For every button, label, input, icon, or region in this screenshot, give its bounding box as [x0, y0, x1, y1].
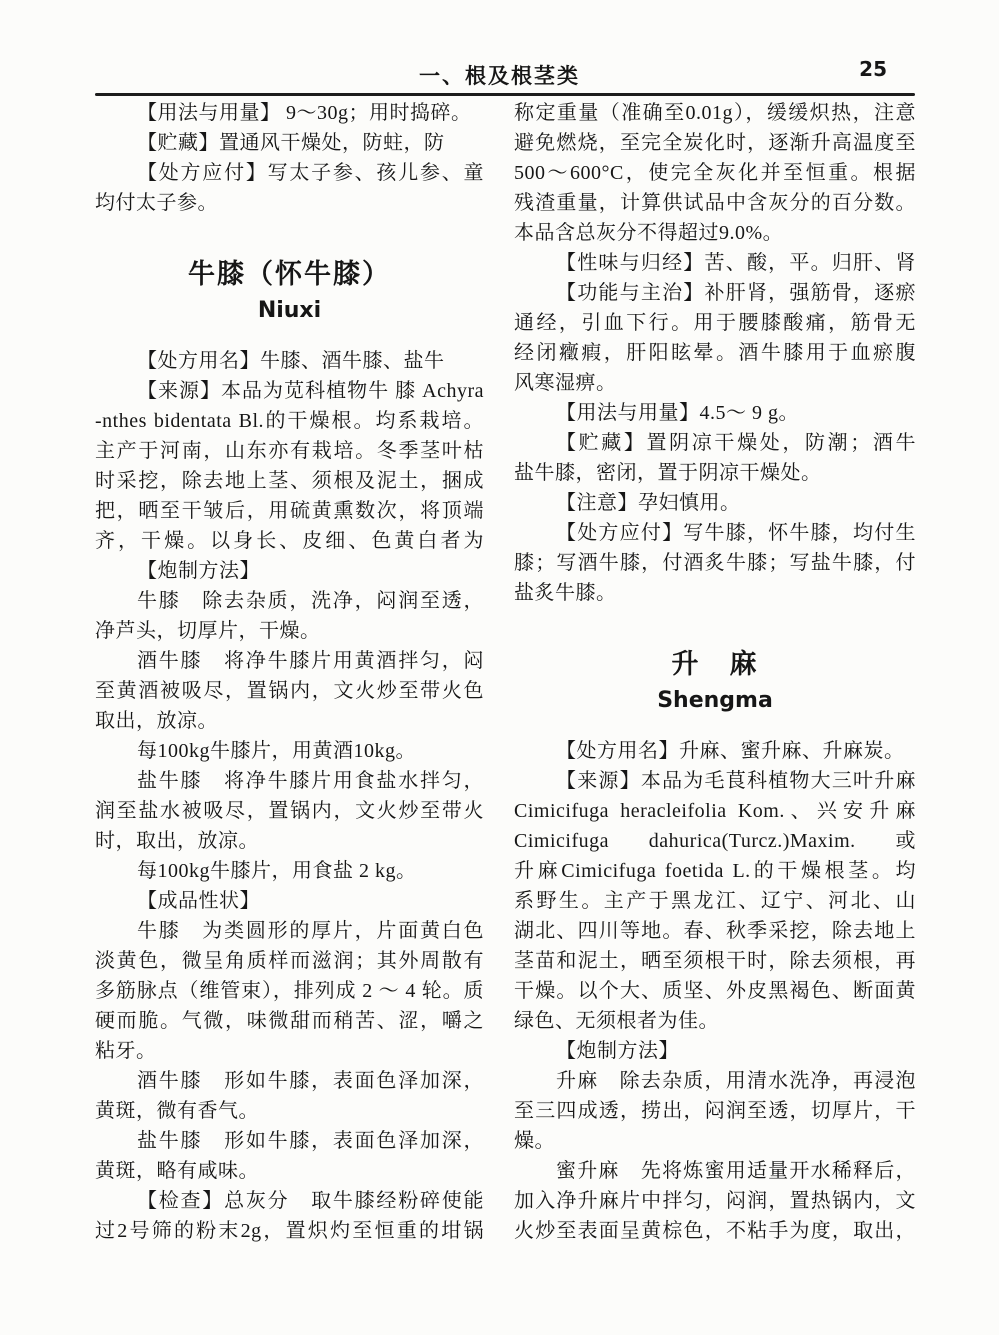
left-text-column: 【用法与用量】 9～30g；用时捣碎。【贮藏】置通风干燥处，防蛀，防霉。【处方应… [95, 98, 484, 1246]
text-line: 齐，干燥。以身长、皮细、色黄白者为佳。 [95, 526, 484, 556]
text-line: 取出，放凉。 [95, 706, 484, 736]
text-line: 【来源】本品为苋科植物牛 膝 Achyra [95, 376, 484, 406]
monograph-title-cn: 牛膝（怀牛膝） [95, 252, 484, 296]
text-line: 燥。 [514, 1126, 916, 1156]
text-line: 升麻 除去杂质，用清水洗净，再浸泡 [514, 1066, 916, 1096]
text-line: 通经，引血下行。用于腰膝酸痛，筋骨无力， [514, 308, 916, 338]
text-line: 把，晒至干皱后，用硫黄熏数次，将顶端切 [95, 496, 484, 526]
text-line: 酒牛膝 形如牛膝，表面色泽加深，带 [95, 1066, 484, 1096]
text-line: 盐牛膝，密闭，置于阴凉干燥处。 [514, 458, 916, 488]
text-line: 至三四成透，捞出，闷润至透，切厚片，干 [514, 1096, 916, 1126]
text-line: 牛膝 除去杂质，洗净，闷润至透，去 [95, 586, 484, 616]
text-line: 【处方应付】写太子参、孩儿参、童参， [95, 158, 484, 188]
text-line: 【处方应付】写牛膝，怀牛膝，均付生牛 [514, 518, 916, 548]
text-line: Cimicifuga dahurica(Turcz.)Maxim. 或 [514, 826, 916, 856]
text-line: 系野生。主产于黑龙江、辽宁、河北、山西、 [514, 886, 916, 916]
text-line: 干燥。以个大、质坚、外皮黑褐色、断面黄 [514, 976, 916, 1006]
text-line: 多筋脉点（维管束），排列成 2 ～ 4 轮。质 [95, 976, 484, 1006]
text-line: 【用法与用量】4.5～ 9 g。 [514, 398, 916, 428]
text-line: 时采挖，除去地上茎、须根及泥土，捆成小 [95, 466, 484, 496]
text-line: 每100kg牛膝片，用黄酒10kg。 [95, 736, 484, 766]
text-line: 时，取出，放凉。 [95, 826, 484, 856]
text-line: Cimicifuga heracleifolia Kom.、兴安升麻 [514, 796, 916, 826]
text-line: 【炮制方法】 [514, 1036, 916, 1066]
text-line: 风寒湿痹。 [514, 368, 916, 398]
text-line: 称定重量（准确至0.01g），缓缓炽热，注意 [514, 98, 916, 128]
text-line: 【贮藏】置阴凉干燥处，防潮；酒牛膝、 [514, 428, 916, 458]
text-line: -nthes bidentata Bl.的干燥根。均系栽培。 [95, 406, 484, 436]
text-line: 【注意】孕妇慎用。 [514, 488, 916, 518]
text-line: 加入净升麻片中拌匀，闷润，置热锅内，文 [514, 1186, 916, 1216]
text-line: 升麻Cimicifuga foetida L.的干燥根茎。均 [514, 856, 916, 886]
text-line: 每100kg牛膝片，用食盐 2 kg。 [95, 856, 484, 886]
text-line: 【功能与主治】补肝肾，强筋骨，逐瘀 [514, 278, 916, 308]
text-line: 【用法与用量】 9～30g；用时捣碎。 [95, 98, 484, 128]
text-line: 500～600°C，使完全灰化并至恒重。根据 [514, 158, 916, 188]
text-line: 盐炙牛膝。 [514, 578, 916, 608]
text-line: 润至盐水被吸尽，置锅内，文火炒至带火色 [95, 796, 484, 826]
text-line: 避免燃烧，至完全炭化时，逐渐升高温度至 [514, 128, 916, 158]
text-line: 经闭癥瘕，肝阳眩晕。酒牛膝用于血瘀腹痛， [514, 338, 916, 368]
monograph-title-cn: 升 麻 [514, 642, 916, 686]
text-line: 【处方用名】牛膝、酒牛膝、盐牛膝。 [95, 346, 484, 376]
text-line: 黄斑，略有咸味。 [95, 1156, 484, 1186]
text-line: 淡黄色，微呈角质样而滋润；其外周散有许 [95, 946, 484, 976]
text-line: 牛膝 为类圆形的厚片，片面黄白色至 [95, 916, 484, 946]
text-line: 盐牛膝 将净牛膝片用食盐水拌匀，闷 [95, 766, 484, 796]
text-line: 酒牛膝 将净牛膝片用黄酒拌匀，闷润 [95, 646, 484, 676]
text-line: 主产于河南，山东亦有栽培。冬季茎叶枯萎 [95, 436, 484, 466]
right-text-column: 称定重量（准确至0.01g），缓缓炽热，注意避免燃烧，至完全炭化时，逐渐升高温度… [514, 98, 916, 1246]
text-line: 膝；写酒牛膝，付酒炙牛膝；写盐牛膝，付 [514, 548, 916, 578]
header-rule [95, 93, 915, 96]
text-line: 【来源】本品为毛茛科植物大三叶升麻 [514, 766, 916, 796]
text-line: 茎苗和泥土，晒至须根干时，除去须根，再 [514, 946, 916, 976]
text-line: 至黄酒被吸尽，置锅内，文火炒至带火色时， [95, 676, 484, 706]
text-line: 【处方用名】升麻、蜜升麻、升麻炭。 [514, 736, 916, 766]
text-line: 【检查】总灰分 取牛膝经粉碎使能通 [95, 1186, 484, 1216]
text-line: 【性味与归经】苦、酸，平。归肝、肾经。 [514, 248, 916, 278]
text-line: 绿色、无须根者为佳。 [514, 1006, 916, 1036]
text-line: 过2号筛的粉末2g，置炽灼至恒重的坩锅中， [95, 1216, 484, 1246]
chapter-title: 一、根及根茎类 [0, 60, 999, 90]
text-line: 黄斑，微有香气。 [95, 1096, 484, 1126]
text-line: 净芦头，切厚片，干燥。 [95, 616, 484, 646]
monograph-title-pinyin: Niuxi [95, 296, 484, 326]
text-line: 本品含总灰分不得超过9.0%。 [514, 218, 916, 248]
text-line: 硬而脆。气微，味微甜而稍苦、涩，嚼之略 [95, 1006, 484, 1036]
monograph-title-pinyin: Shengma [514, 686, 916, 716]
text-line: 【成品性状】 [95, 886, 484, 916]
text-line: 火炒至表面呈黄棕色，不粘手为度，取出， [514, 1216, 916, 1246]
text-line: 盐牛膝 形如牛膝，表面色泽加深，带 [95, 1126, 484, 1156]
scanned-book-page: 一、根及根茎类 25 【用法与用量】 9～30g；用时捣碎。【贮藏】置通风干燥处… [0, 0, 999, 1335]
text-line: 湖北、四川等地。春、秋季采挖，除去地上 [514, 916, 916, 946]
text-line: 【贮藏】置通风干燥处，防蛀，防霉。 [95, 128, 484, 158]
text-line: 均付太子参。 [95, 188, 484, 218]
page-number: 25 [859, 57, 887, 81]
text-line: 【炮制方法】 [95, 556, 484, 586]
text-line: 残渣重量，计算供试品中含灰分的百分数。 [514, 188, 916, 218]
text-line: 粘牙。 [95, 1036, 484, 1066]
text-line: 蜜升麻 先将炼蜜用适量开水稀释后， [514, 1156, 916, 1186]
